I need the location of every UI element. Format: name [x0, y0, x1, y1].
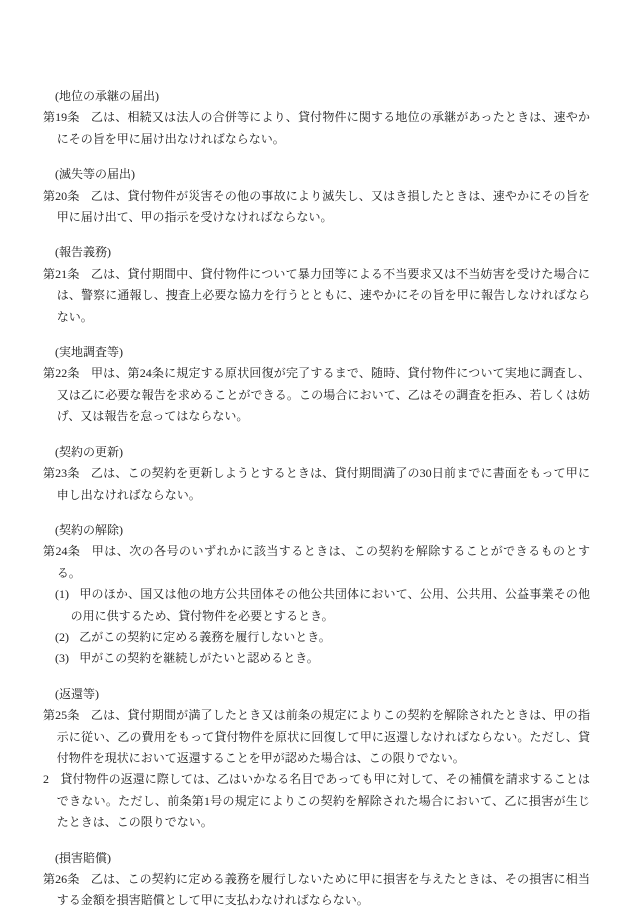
article-item: (1)甲のほか、国又は他の地方公共団体その他公共団体において、公用、公共用、公益… — [43, 584, 590, 627]
article-paragraph: 第19条乙は、相続又は法人の合併等により、貸付物件に関する地位の承継があったとき… — [43, 107, 590, 150]
article-paragraph: 第22条甲は、第24条に規定する原状回復が完了するまで、随時、貸付物件について実… — [43, 363, 590, 427]
item-number: (2) — [55, 630, 69, 644]
article-paragraph: 第24条甲は、次の各号のいずれかに該当するときは、この契約を解除することができる… — [43, 541, 590, 584]
article-number: 第25条 — [43, 708, 80, 722]
contract-section: (損害賠償)第26条乙は、この契約に定める義務を履行しないために甲に損害を与えた… — [43, 848, 590, 912]
article-number: 2 — [43, 772, 49, 786]
article-number: 第22条 — [43, 366, 80, 380]
contract-section: (報告義務)第21条乙は、貸付期間中、貸付物件について暴力団等による不当要求又は… — [43, 242, 590, 328]
contract-section: (返還等)第25条乙は、貸付期間が満了したとき又は前条の規定によりこの契約を解除… — [43, 684, 590, 834]
section-heading: (滅失等の届出) — [43, 164, 590, 185]
article-text: 乙は、貸付物件が災害その他の事故により滅失し、又はき損したときは、速やかにその旨… — [57, 189, 590, 224]
article-text: 乙は、この契約に定める義務を履行しないために甲に損害を与えたときは、その損害に相… — [57, 872, 590, 907]
item-text: 甲のほか、国又は他の地方公共団体その他公共団体において、公用、公共用、公益事業そ… — [71, 587, 590, 622]
article-text: 貸付物件の返還に際しては、乙はいかなる名目であっても甲に対して、その補償を請求す… — [57, 772, 590, 829]
article-paragraph: 2貸付物件の返還に際しては、乙はいかなる名目であっても甲に対して、その補償を請求… — [43, 769, 590, 833]
section-heading: (地位の承継の届出) — [43, 86, 590, 107]
article-item: (2)乙がこの契約に定める義務を履行しないとき。 — [43, 627, 590, 648]
item-number: (3) — [55, 651, 69, 665]
article-number: 第20条 — [43, 189, 80, 203]
contract-section: (滅失等の届出)第20条乙は、貸付物件が災害その他の事故により滅失し、又はき損し… — [43, 164, 590, 228]
article-paragraph: 第23条乙は、この契約を更新しようとするときは、貸付期間満了の30日前までに書面… — [43, 463, 590, 506]
article-text: 甲は、第24条に規定する原状回復が完了するまで、随時、貸付物件について実地に調査… — [57, 366, 590, 423]
contract-section: (実地調査等)第22条甲は、第24条に規定する原状回復が完了するまで、随時、貸付… — [43, 342, 590, 428]
article-paragraph: 第26条乙は、この契約に定める義務を履行しないために甲に損害を与えたときは、その… — [43, 869, 590, 912]
section-heading: (損害賠償) — [43, 848, 590, 869]
article-text: 乙は、貸付期間が満了したとき又は前条の規定によりこの契約を解除されたときは、甲の… — [57, 708, 590, 765]
article-number: 第21条 — [43, 267, 80, 281]
document-page: (地位の承継の届出)第19条乙は、相続又は法人の合併等により、貸付物件に関する地… — [0, 0, 630, 915]
contract-clauses: (地位の承継の届出)第19条乙は、相続又は法人の合併等により、貸付物件に関する地… — [43, 86, 590, 912]
section-heading: (報告義務) — [43, 242, 590, 263]
article-number: 第24条 — [43, 544, 80, 558]
article-paragraph: 第25条乙は、貸付期間が満了したとき又は前条の規定によりこの契約を解除されたとき… — [43, 705, 590, 769]
contract-section: (契約の解除)第24条甲は、次の各号のいずれかに該当するときは、この契約を解除す… — [43, 520, 590, 670]
item-number: (1) — [55, 587, 69, 601]
article-text: 乙は、相続又は法人の合併等により、貸付物件に関する地位の承継があったときは、速や… — [57, 110, 590, 145]
item-text: 乙がこの契約に定める義務を履行しないとき。 — [79, 630, 331, 644]
article-number: 第26条 — [43, 872, 80, 886]
contract-section: (地位の承継の届出)第19条乙は、相続又は法人の合併等により、貸付物件に関する地… — [43, 86, 590, 150]
article-text: 甲は、次の各号のいずれかに該当するときは、この契約を解除することができるものとす… — [57, 544, 590, 579]
contract-section: (契約の更新)第23条乙は、この契約を更新しようとするときは、貸付期間満了の30… — [43, 442, 590, 506]
article-paragraph: 第20条乙は、貸付物件が災害その他の事故により滅失し、又はき損したときは、速やか… — [43, 186, 590, 229]
article-text: 乙は、この契約を更新しようとするときは、貸付期間満了の30日前までに書面をもって… — [57, 466, 590, 501]
item-text: 甲がこの契約を継続しがたいと認めるとき。 — [79, 651, 319, 665]
article-number: 第19条 — [43, 110, 80, 124]
article-text: 乙は、貸付期間中、貸付物件について暴力団等による不当要求又は不当妨害を受けた場合… — [57, 267, 590, 324]
section-heading: (実地調査等) — [43, 342, 590, 363]
section-heading: (返還等) — [43, 684, 590, 705]
section-heading: (契約の解除) — [43, 520, 590, 541]
article-number: 第23条 — [43, 466, 80, 480]
section-heading: (契約の更新) — [43, 442, 590, 463]
article-item: (3)甲がこの契約を継続しがたいと認めるとき。 — [43, 648, 590, 669]
article-paragraph: 第21条乙は、貸付期間中、貸付物件について暴力団等による不当要求又は不当妨害を受… — [43, 264, 590, 328]
